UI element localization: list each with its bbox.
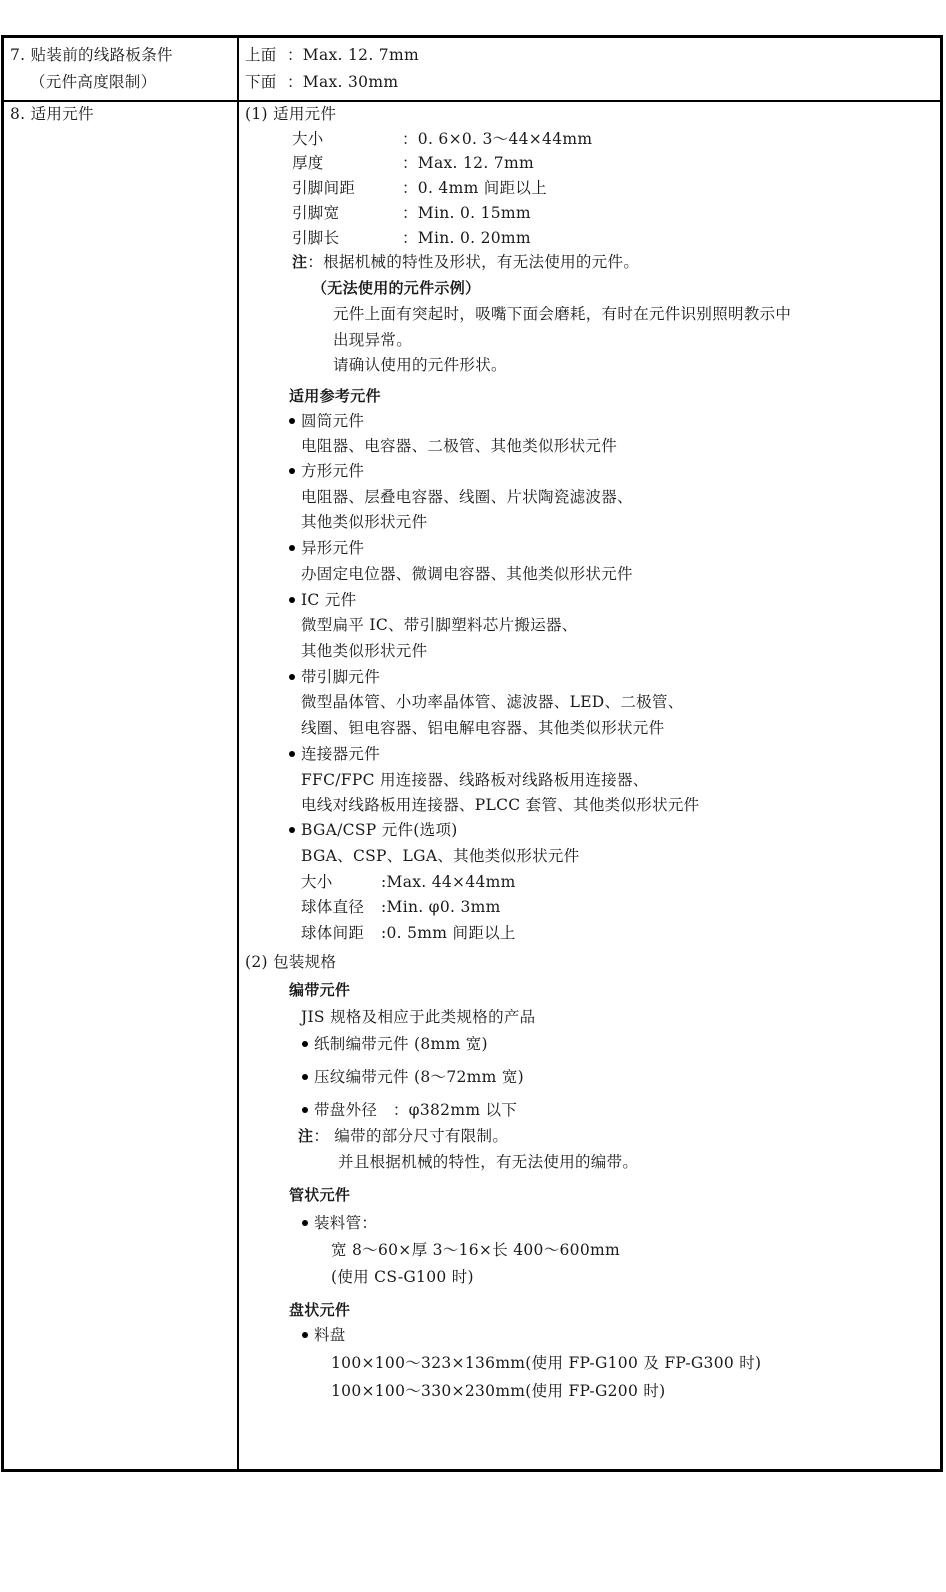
reference-group-name: 圆筒元件 (289, 411, 364, 431)
tube-line: 宽 8～60×厚 3～16×长 400～600mm (331, 1240, 620, 1260)
spec-row: 厚度：Max. 12. 7mm (292, 153, 534, 173)
bullet-icon (302, 1220, 308, 1226)
tape-note: 注： 编带的部分尺寸有限制。 (298, 1126, 508, 1146)
note-label: 注 (298, 1127, 313, 1145)
bullet-icon (289, 751, 295, 757)
row7-label-line1: 7. 贴装前的线路板条件 (10, 45, 173, 65)
spec-row: 大小：0. 6×0. 3～44×44mm (292, 129, 592, 149)
bullet-icon (302, 1041, 308, 1047)
bullet-icon (289, 674, 295, 680)
reference-group-name: IC 元件 (289, 590, 356, 610)
note-label: 注 (292, 253, 307, 271)
tray-title: 盘状元件 (289, 1300, 350, 1320)
bullet-icon (302, 1107, 308, 1113)
reference-group-line: 电阻器、层叠电容器、线圈、片状陶瓷滤波器、 (301, 487, 633, 507)
note-example-line: 元件上面有突起时，吸嘴下面会磨耗，有时在元件识别照明教示中 (333, 304, 791, 324)
tray-line: 100×100～330×230mm(使用 FP-G200 时) (331, 1381, 666, 1401)
tray-item: 料盘 (302, 1325, 346, 1345)
reference-group-line: 微型扁平 IC、带引脚塑料芯片搬运器、 (301, 615, 578, 635)
tray-line: 100×100～323×136mm(使用 FP-G100 及 FP-G300 时… (331, 1353, 761, 1373)
reference-group-line: 办固定电位器、微调电容器、其他类似形状元件 (301, 564, 633, 584)
note-example-title: （无法使用的元件示例） (312, 278, 480, 298)
reference-group-line: 线圈、钽电容器、铝电解电容器、其他类似形状元件 (301, 718, 664, 738)
bullet-icon (302, 1074, 308, 1080)
spec-row: 引脚间距：0. 4mm 间距以上 (292, 178, 547, 198)
note-example-line: 请确认使用的元件形状。 (333, 355, 507, 375)
note: 注：根据机械的特性及形状，有无法使用的元件。 (292, 252, 639, 272)
tape-title: 编带元件 (289, 980, 350, 1000)
row8-label: 8. 适用元件 (10, 104, 94, 124)
note-example-line: 出现异常。 (333, 330, 412, 350)
bottom-value: ：Max. 30mm (287, 73, 398, 91)
spec-row: 引脚宽：Min. 0. 15mm (292, 203, 531, 223)
section1-heading: (1) 适用元件 (245, 104, 336, 124)
row7-label-line2: （元件高度限制） (30, 72, 156, 92)
bga-spec-row: 大小:Max. 44×44mm (301, 872, 516, 892)
tape-item: 纸制编带元件 (8mm 宽) (302, 1034, 488, 1054)
bullet-icon (289, 827, 295, 833)
tape-intro: JIS 规格及相应于此类规格的产品 (301, 1007, 535, 1027)
tape-item: 带盘外径 ：φ382mm 以下 (302, 1100, 517, 1120)
reference-group-line: 其他类似形状元件 (301, 512, 427, 532)
reference-group-line: BGA、CSP、LGA、其他类似形状元件 (301, 846, 580, 866)
bullet-icon (289, 597, 295, 603)
row7-bottom-spec: 下面：Max. 30mm (245, 72, 398, 92)
bullet-icon (289, 545, 295, 551)
column-divider (237, 38, 239, 1469)
bullet-icon (289, 418, 295, 424)
reference-group-line: 微型晶体管、小功率晶体管、滤波器、LED、二极管、 (301, 692, 684, 712)
row-divider (4, 100, 940, 102)
reference-group-name: 连接器元件 (289, 744, 380, 764)
top-key: 上面 (245, 45, 287, 65)
bullet-icon (302, 1332, 308, 1338)
bottom-key: 下面 (245, 72, 287, 92)
bullet-icon (289, 468, 295, 474)
row7-top-spec: 上面：Max. 12. 7mm (245, 45, 419, 65)
reference-group-line: 电阻器、电容器、二极管、其他类似形状元件 (301, 436, 617, 456)
reference-group-name: 方形元件 (289, 461, 364, 481)
reference-group-line: 其他类似形状元件 (301, 641, 427, 661)
tube-title: 管状元件 (289, 1185, 350, 1205)
spec-row: 引脚长：Min. 0. 20mm (292, 228, 531, 248)
tape-note-line: 并且根据机械的特性，有无法使用的编带。 (338, 1152, 638, 1172)
reference-group-name: 带引脚元件 (289, 667, 380, 687)
tape-item: 压纹编带元件 (8～72mm 宽) (302, 1067, 524, 1087)
bga-spec-row: 球体间距:0. 5mm 间距以上 (301, 923, 516, 943)
tube-item: 装料管： (302, 1213, 377, 1233)
tube-line: (使用 CS-G100 时) (331, 1267, 474, 1287)
reference-group-line: 电线对线路板用连接器、PLCC 套管、其他类似形状元件 (301, 795, 699, 815)
reference-group-name: BGA/CSP 元件(选项) (289, 820, 458, 840)
reference-group-line: FFC/FPC 用连接器、线路板对线路板用连接器、 (301, 770, 649, 790)
top-value: ：Max. 12. 7mm (287, 46, 419, 64)
bga-spec-row: 球体直径:Min. φ0. 3mm (301, 897, 501, 917)
reference-title: 适用参考元件 (289, 386, 381, 406)
section2-heading: (2) 包装规格 (245, 952, 336, 972)
reference-group-name: 异形元件 (289, 538, 364, 558)
